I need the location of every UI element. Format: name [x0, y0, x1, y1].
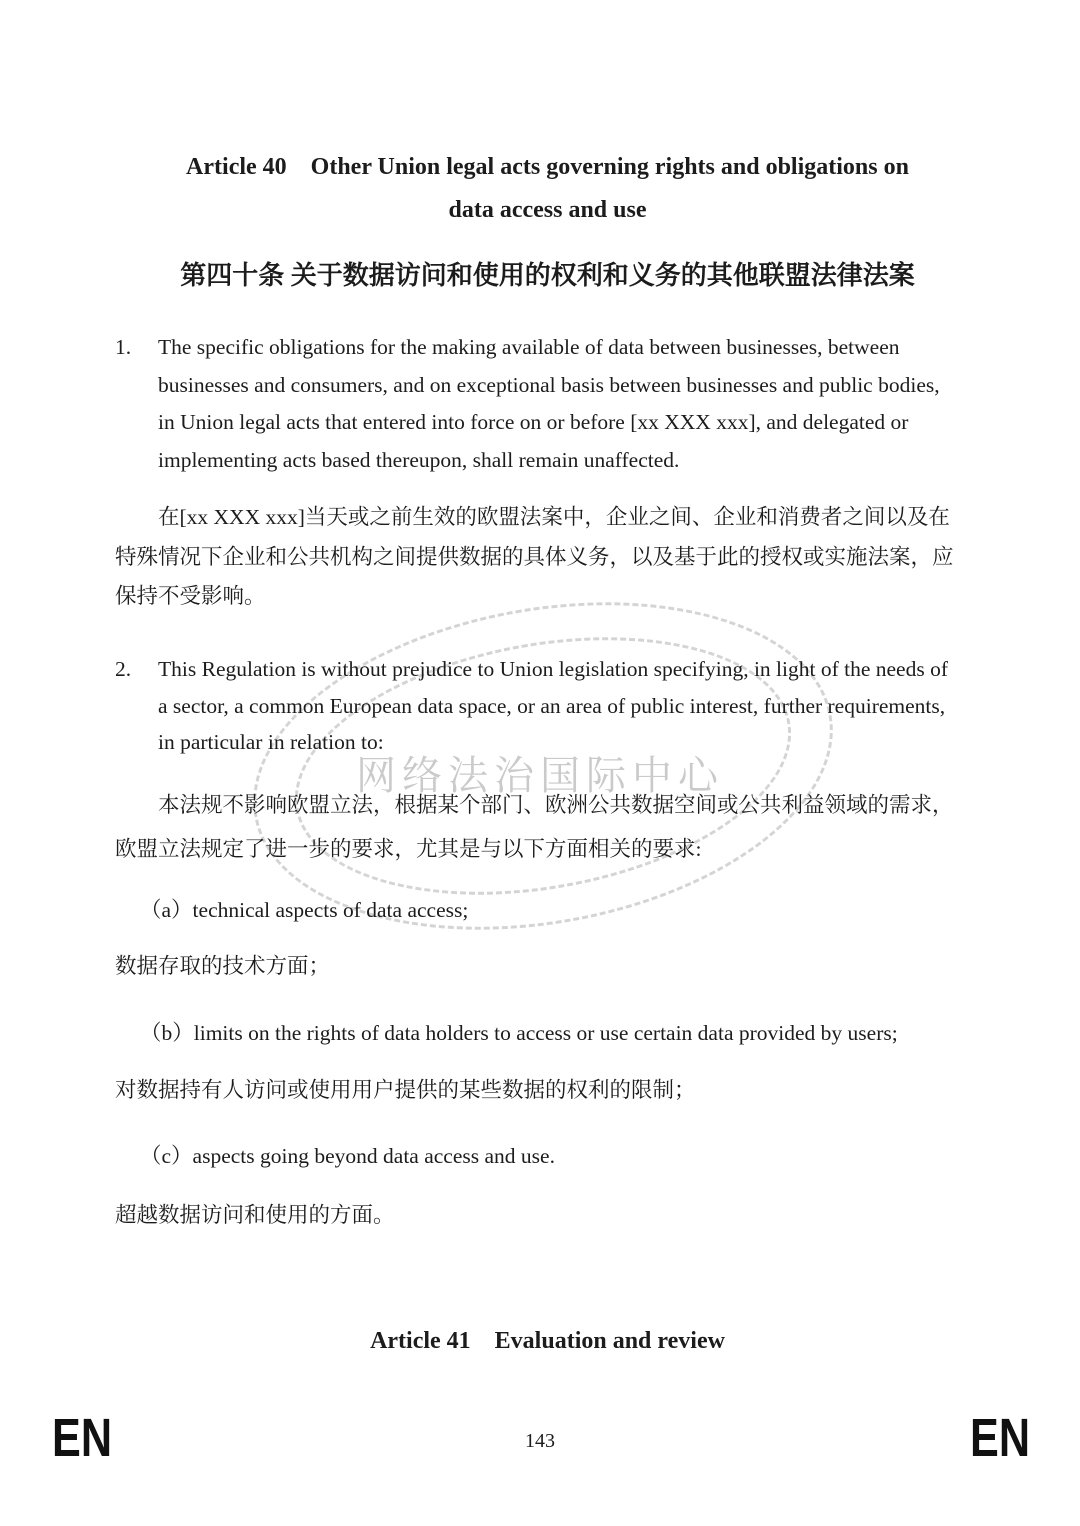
point-c-label: （c） [140, 1144, 193, 1168]
clause-1-en: 1. The specific obligations for the maki… [115, 329, 980, 479]
clause-2-en-text: This Regulation is without prejudice to … [158, 651, 980, 761]
clause-2-zh: 本法规不影响欧盟立法，根据某个部门、欧洲公共数据空间或公共利益领域的需求， 欧盟… [115, 783, 980, 871]
document-page: 网络法治国际中心 Article 40 Other Union legal ac… [0, 0, 1080, 1526]
article41-heading-en-line: Article 41 Evaluation and review [115, 1324, 980, 1358]
clause-1-zh-line3: 保持不受影响。 [115, 577, 980, 617]
article40-heading-zh-line: 第四十条 关于数据访问和使用的权利和义务的其他联盟法律法案 [115, 256, 980, 296]
clause-1-en-text: The specific obligations for the making … [158, 329, 980, 479]
clause-1-en-line1: The specific obligations for the making … [158, 329, 980, 367]
point-b-label: （b） [140, 1021, 194, 1045]
point-c-en-text: aspects going beyond data access and use… [193, 1144, 555, 1168]
clause-1-number: 1. [115, 329, 131, 367]
clause-2-en: 2. This Regulation is without prejudice … [115, 651, 980, 761]
footer-lang-code-right: EN [970, 1411, 1030, 1465]
clause-2-en-line3: in particular in relation to: [158, 724, 980, 761]
point-b-zh-text: 对数据持有人访问或使用用户提供的某些数据的权利的限制； [115, 1075, 980, 1105]
point-b-en-line: （b）limits on the rights of data holders … [140, 1018, 980, 1048]
point-c-en: （c）aspects going beyond data access and … [140, 1141, 980, 1171]
point-a-en-text: technical aspects of data access; [193, 898, 469, 922]
article41-heading-en: Article 41 Evaluation and review [115, 1324, 980, 1358]
clause-1-zh: 在[xx XXX xxx]当天或之前生效的欧盟法案中，企业之间、企业和消费者之间… [115, 498, 980, 617]
clause-1-zh-line1: 在[xx XXX xxx]当天或之前生效的欧盟法案中，企业之间、企业和消费者之间… [115, 498, 980, 538]
clause-2-zh-line2: 欧盟立法规定了进一步的要求，尤其是与以下方面相关的要求: [115, 827, 980, 871]
point-a-en-line: （a）technical aspects of data access; [140, 895, 980, 925]
point-a-en: （a）technical aspects of data access; [140, 895, 980, 925]
clause-2-en-line2: a sector, a common European data space, … [158, 688, 980, 725]
clause-1-en-line4: implementing acts based thereupon, shall… [158, 442, 980, 480]
article40-heading-en-line1: Article 40 Other Union legal acts govern… [115, 146, 980, 189]
point-c-zh: 超越数据访问和使用的方面。 [115, 1200, 980, 1230]
footer-page-number: 143 [0, 1430, 1080, 1453]
point-b-en: （b）limits on the rights of data holders … [140, 1018, 980, 1048]
point-c-en-line: （c）aspects going beyond data access and … [140, 1141, 980, 1171]
point-a-zh-text: 数据存取的技术方面； [115, 951, 980, 981]
page-content: Article 40 Other Union legal acts govern… [0, 0, 1080, 1526]
point-b-zh: 对数据持有人访问或使用用户提供的某些数据的权利的限制； [115, 1075, 980, 1105]
article40-heading-zh: 第四十条 关于数据访问和使用的权利和义务的其他联盟法律法案 [115, 256, 980, 296]
point-c-zh-text: 超越数据访问和使用的方面。 [115, 1200, 980, 1230]
point-a-label: （a） [140, 898, 193, 922]
point-b-en-text: limits on the rights of data holders to … [194, 1021, 898, 1045]
article40-heading-en: Article 40 Other Union legal acts govern… [115, 146, 980, 232]
point-a-zh: 数据存取的技术方面； [115, 951, 980, 981]
clause-1-zh-line2: 特殊情况下企业和公共机构之间提供数据的具体义务，以及基于此的授权或实施法案，应 [115, 538, 980, 578]
clause-1-en-line2: businesses and consumers, and on excepti… [158, 367, 980, 405]
clause-2-en-line1: This Regulation is without prejudice to … [158, 651, 980, 688]
clause-1-en-line3: in Union legal acts that entered into fo… [158, 404, 980, 442]
clause-2-zh-line1: 本法规不影响欧盟立法，根据某个部门、欧洲公共数据空间或公共利益领域的需求， [115, 783, 980, 827]
article40-heading-en-line2: data access and use [115, 189, 980, 232]
clause-2-number: 2. [115, 651, 131, 688]
